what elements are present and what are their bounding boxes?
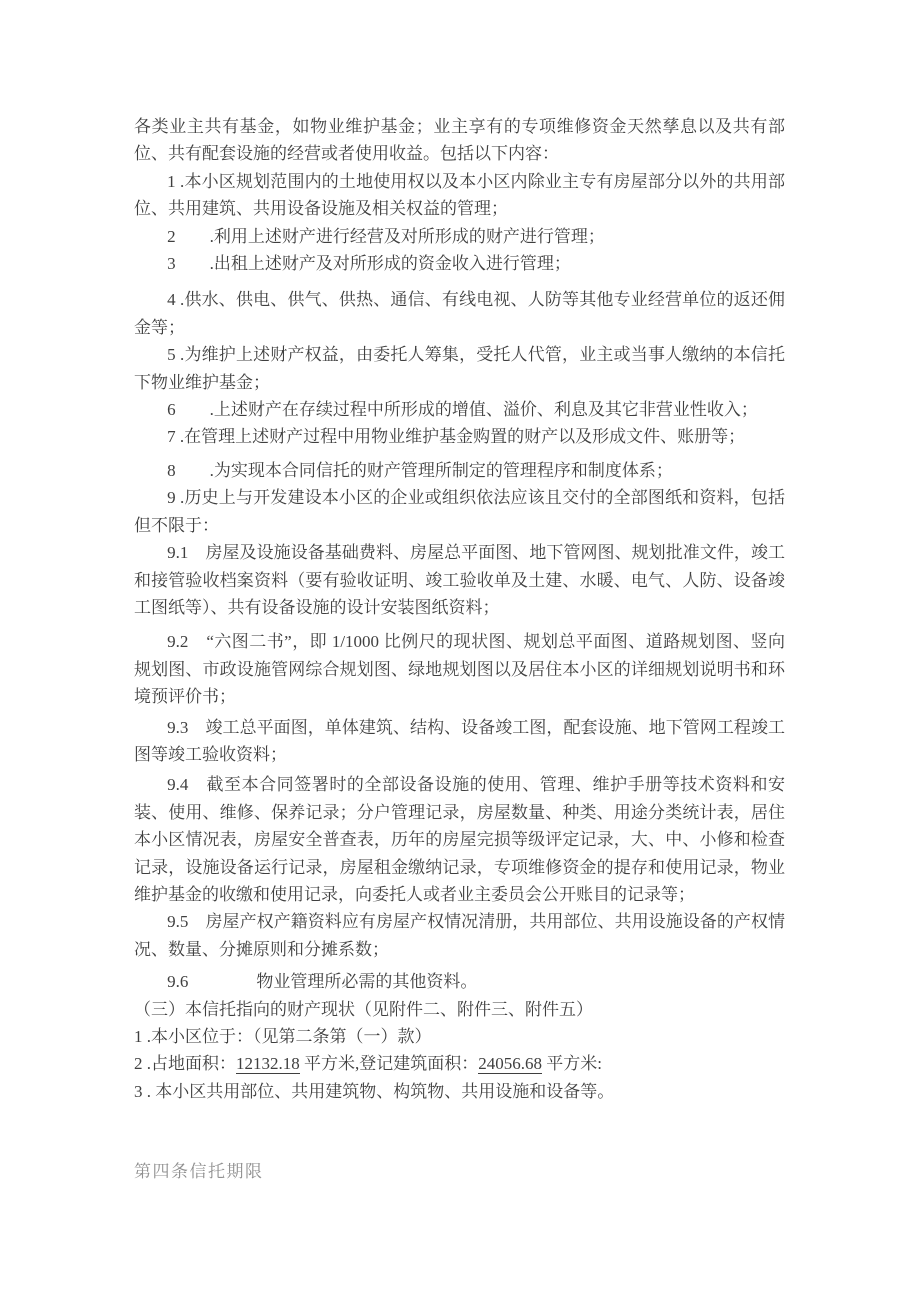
list-item-8: 8 .为实现本合同信托的财产管理所制定的管理程序和制度体系； (134, 457, 785, 484)
list-item-9-2: 9.2 “六图二书”，即 1/1000 比例尺的现状图、规划总平面图、道路规划图… (134, 628, 785, 710)
area-line-suffix: 平方米: (542, 1054, 602, 1073)
property-item-common-parts: 3 . 本小区共用部位、共用建筑物、构筑物、共用设施和设备等。 (134, 1078, 785, 1105)
building-area-value: 24056.68 (478, 1054, 542, 1074)
area-line-prefix: 2 .占地面积： (134, 1054, 236, 1073)
list-item-2: 2 .利用上述财产进行经营及对所形成的财产进行管理； (134, 223, 785, 250)
list-item-4: 4 .供水、供电、供气、供热、通信、有线电视、人防等其他专业经营单位的返还佣金等… (134, 286, 785, 341)
contract-text-block: 各类业主共有基金，如物业维护基金；业主享有的专项维修资金天然孳息以及共有部位、共… (134, 113, 785, 1186)
list-item-6: 6 .上述财产在存续过程中所形成的增值、溢价、利息及其它非营业性收入； (134, 396, 785, 423)
list-item-9: 9 .历史上与开发建设本小区的企业或组织依法应该且交付的全部图纸和资料，包括但不… (134, 484, 785, 539)
property-item-area: 2 .占地面积：12132.18 平方米,登记建筑面积：24056.68 平方米… (134, 1050, 785, 1077)
list-item-3: 3 .出租上述财产及对所形成的资金收入进行管理； (134, 250, 785, 277)
area-line-middle: 平方米,登记建筑面积： (300, 1054, 479, 1073)
article-4-heading: 第四条信托期限 (134, 1158, 785, 1185)
list-item-9-6: 9.6 物业管理所必需的其他资料。 (134, 968, 785, 995)
list-item-9-4: 9.4 截至本合同签署时的全部设备设施的使用、管理、维护手册等技术资料和安装、使… (134, 771, 785, 908)
list-item-9-1: 9.1 房屋及设施设备基础费料、房屋总平面图、地下管网图、规划批准文件，竣工和接… (134, 539, 785, 621)
list-item-5: 5 .为维护上述财产权益，由委托人筹集，受托人代管，业主或当事人缴纳的本信托下物… (134, 341, 785, 396)
list-item-1: 1 .本小区规划范围内的土地使用权以及本小区内除业主专有房屋部分以外的共用部位、… (134, 168, 785, 223)
list-item-9-3: 9.3 竣工总平面图，单体建筑、结构、设备竣工图，配套设施、地下管网工程竣工图等… (134, 714, 785, 769)
list-item-7: 7 .在管理上述财产过程中用物业维护基金购置的财产以及形成文件、账册等； (134, 423, 785, 450)
section-label-three: （三）本信托指向的财产现状（见附件二、附件三、附件五） (134, 996, 785, 1023)
document-page: 各类业主共有基金，如物业维护基金；业主享有的专项维修资金天然孳息以及共有部位、共… (0, 0, 920, 1301)
land-area-value: 12132.18 (236, 1054, 300, 1074)
property-item-location: 1 .本小区位于：（见第二条第（一）款） (134, 1023, 785, 1050)
list-item-9-5: 9.5 房屋产权产籍资料应有房屋产权情况清册，共用部位、共用设施设备的产权情况、… (134, 908, 785, 963)
paragraph-continuation: 各类业主共有基金，如物业维护基金；业主享有的专项维修资金天然孳息以及共有部位、共… (134, 113, 785, 168)
